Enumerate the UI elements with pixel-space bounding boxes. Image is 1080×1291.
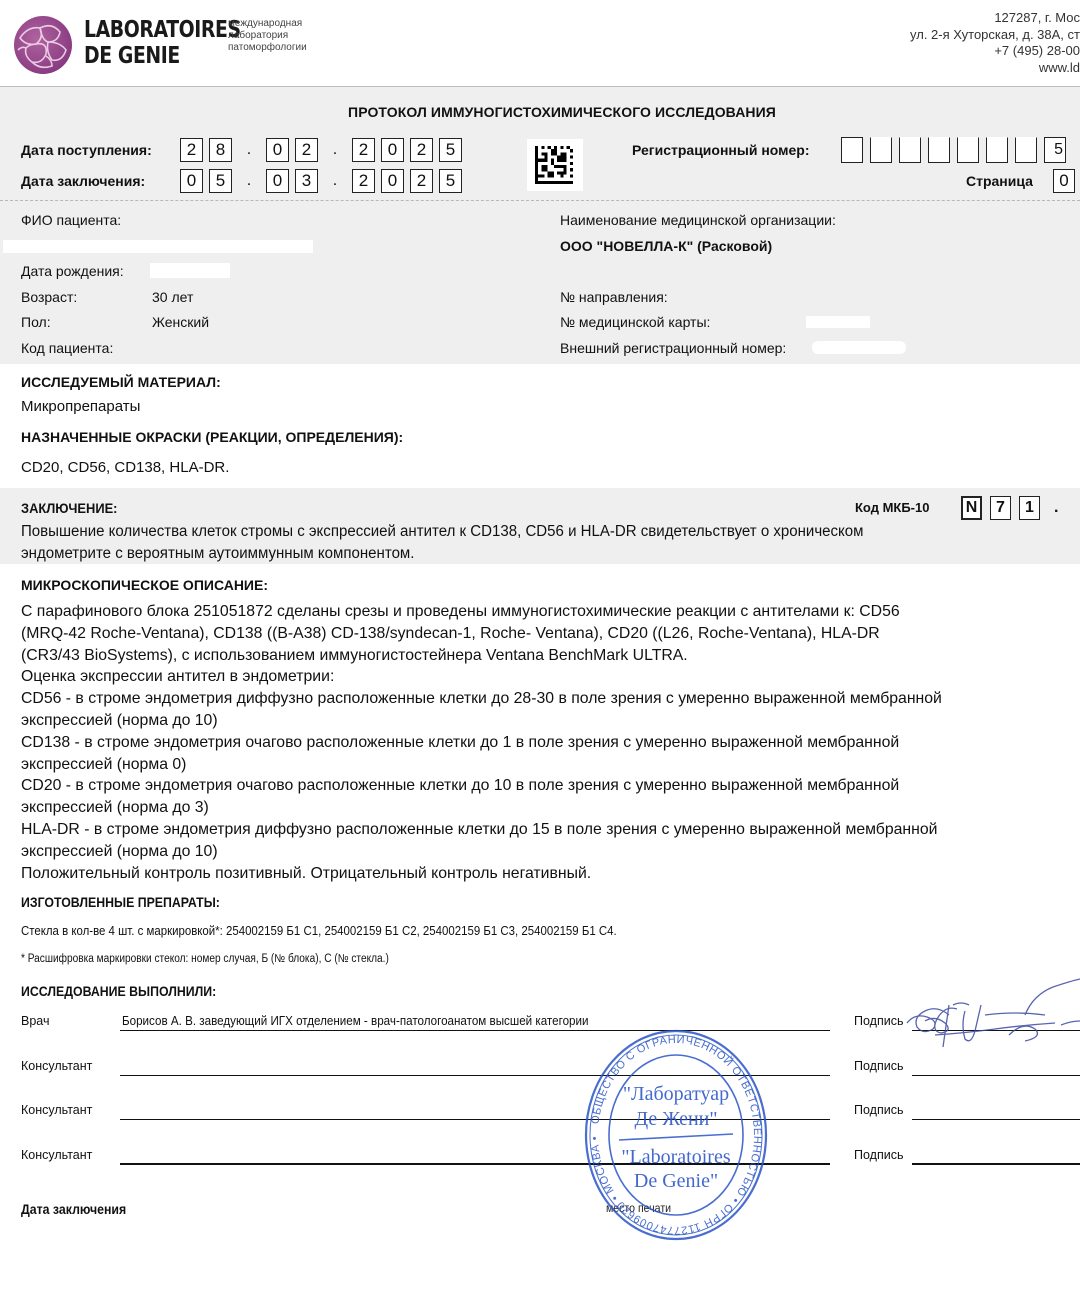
concluded-date-field: 0 5 . 0 3 . 2 0 2 5 bbox=[180, 169, 468, 193]
redacted-ext-reg-number bbox=[812, 341, 906, 354]
reg-number-field: 5 bbox=[841, 137, 1073, 163]
microscopy-line: (CR3/43 BioSystems), с использованием им… bbox=[21, 645, 942, 667]
handwritten-signature-icon bbox=[905, 975, 1080, 1065]
digit-box bbox=[986, 137, 1008, 163]
digit-box bbox=[870, 137, 892, 163]
divider bbox=[0, 200, 1080, 201]
letterhead: LABORATOIRES DE GENIE международная лабо… bbox=[0, 0, 1080, 86]
digit-box: 0 bbox=[381, 169, 404, 193]
microscopy-text: С парафинового блока 251051872 сделаны с… bbox=[21, 601, 942, 884]
microscopy-line: экспрессией (норма до 10) bbox=[21, 710, 942, 732]
sex-label: Пол: bbox=[21, 314, 51, 330]
microscopy-line: CD20 - в строме эндометрия очагово распо… bbox=[21, 775, 942, 797]
age-label: Возраст: bbox=[21, 289, 77, 305]
microscopy-line: Оценка экспрессии антител в эндометрии: bbox=[21, 666, 942, 688]
signature-line bbox=[912, 1163, 1080, 1165]
page-label: Страница bbox=[966, 173, 1033, 189]
datamatrix-code bbox=[527, 139, 583, 191]
digit-box bbox=[928, 137, 950, 163]
microscopy-line: CD138 - в строме эндометрия очагово расп… bbox=[21, 732, 942, 754]
reg-number-label: Регистрационный номер: bbox=[632, 142, 810, 158]
microscopy-line: экспрессией (норма до 10) bbox=[21, 841, 942, 863]
redacted-patient-name bbox=[3, 240, 313, 253]
stains-value: CD20, CD56, CD138, HLA-DR. bbox=[21, 459, 229, 476]
digit-box: 2 bbox=[352, 169, 375, 193]
concluded-date-label: Дата заключения: bbox=[21, 173, 145, 189]
digit-box: 2 bbox=[295, 138, 318, 162]
icd-char-box: 1 bbox=[1019, 496, 1040, 520]
digit-box: 2 bbox=[352, 138, 375, 162]
digit-box: 0 bbox=[266, 169, 289, 193]
stains-heading: НАЗНАЧЕННЫЕ ОКРАСКИ (РЕАКЦИИ, ОПРЕДЕЛЕНИ… bbox=[21, 429, 403, 445]
digit-box: 0 bbox=[180, 169, 203, 193]
digit-box: 0 bbox=[381, 138, 404, 162]
digit-box: 5 bbox=[209, 169, 232, 193]
doctor-role-label: Врач bbox=[21, 1014, 49, 1028]
signature-line bbox=[912, 1119, 1080, 1120]
digit-box: 5 bbox=[439, 138, 462, 162]
digit-box: 5 bbox=[439, 169, 462, 193]
received-date-field: 2 8 . 0 2 . 2 0 2 5 bbox=[180, 138, 468, 162]
slides-footnote: * Расшифровка маркировки стекол: номер с… bbox=[21, 953, 389, 965]
medical-card-label: № медицинской карты: bbox=[560, 314, 710, 330]
doctor-name: Борисов А. В. заведующий ИГХ отделением … bbox=[122, 1014, 589, 1028]
lab-address: 127287, г. Мос ул. 2-я Хуторская, д. 38А… bbox=[910, 10, 1080, 76]
preparations-heading: ИЗГОТОВЛЕННЫЕ ПРЕПАРАТЫ: bbox=[21, 894, 220, 910]
conclusion-heading: ЗАКЛЮЧЕНИЕ: bbox=[21, 500, 117, 516]
digit-box: 3 bbox=[295, 169, 318, 193]
icd-code-field: N 7 1 . bbox=[961, 496, 1058, 520]
microscopy-heading: МИКРОСКОПИЧЕСКОЕ ОПИСАНИЕ: bbox=[21, 577, 268, 593]
svg-text:"Лаборатуар: "Лаборатуар bbox=[623, 1083, 729, 1105]
icd-char-box: N bbox=[961, 496, 982, 520]
referral-number-label: № направления: bbox=[560, 289, 668, 305]
slides-list: Стекла в кол-ве 4 шт. с маркировкой*: 25… bbox=[21, 923, 617, 938]
digit-box: 2 bbox=[410, 169, 433, 193]
patient-name-label: ФИО пациента: bbox=[21, 212, 121, 228]
conclusion-line: эндометрите с вероятным аутоиммунным ком… bbox=[21, 545, 414, 563]
redacted-birth-date bbox=[150, 263, 230, 278]
signature-label: Подпись bbox=[854, 1059, 903, 1073]
digit-box: 8 bbox=[209, 138, 232, 162]
birth-date-label: Дата рождения: bbox=[21, 263, 124, 279]
material-value: Микропрепараты bbox=[21, 398, 140, 415]
icd-char-box: 7 bbox=[990, 496, 1011, 520]
signature-label: Подпись bbox=[854, 1014, 903, 1028]
conclusion-date-label: Дата заключения bbox=[21, 1201, 126, 1217]
digit-box: 0 bbox=[266, 138, 289, 162]
svg-text:"Laboratoires: "Laboratoires bbox=[621, 1146, 730, 1168]
patient-code-label: Код пациента: bbox=[21, 340, 113, 356]
microscopy-line: экспрессией (норма 0) bbox=[21, 754, 942, 776]
page-title: ПРОТОКОЛ ИММУНОГИСТОХИМИЧЕСКОГО ИССЛЕДОВ… bbox=[0, 104, 1080, 120]
svg-text:Де Жени": Де Жени" bbox=[634, 1108, 717, 1130]
consultant-role-label: Консультант bbox=[21, 1103, 92, 1117]
ext-reg-number-label: Внешний регистрационный номер: bbox=[560, 340, 786, 356]
icd-code-label: Код МКБ-10 bbox=[855, 500, 929, 515]
logo-wordmark: LABORATOIRES DE GENIE bbox=[84, 17, 241, 69]
org-name-label: Наименование медицинской организации: bbox=[560, 212, 836, 228]
signature-line bbox=[912, 1075, 1080, 1076]
digit-box: 2 bbox=[180, 138, 203, 162]
logo-subtitle: международная лаборатория патоморфологии bbox=[228, 18, 307, 54]
org-name-value: ООО "НОВЕЛЛА-К" (Расковой) bbox=[560, 238, 772, 254]
sex-value: Женский bbox=[152, 314, 209, 330]
microscopy-line: HLA-DR - в строме эндометрия диффузно ра… bbox=[21, 819, 942, 841]
svg-text:De Genie": De Genie" bbox=[634, 1170, 718, 1192]
page-number: 0 bbox=[1053, 169, 1075, 193]
digit-box: 2 bbox=[410, 138, 433, 162]
organization-stamp-icon: ОБЩЕСТВО С ОГРАНИЧЕННОЙ ОТВЕТСТВЕННОСТЬЮ… bbox=[583, 1025, 769, 1245]
microscopy-line: (MRQ-42 Roche-Ventana), CD138 ((B-A38) C… bbox=[21, 623, 942, 645]
redacted-card-number bbox=[806, 316, 870, 328]
consultant-role-label: Консультант bbox=[21, 1148, 92, 1162]
conclusion-line: Повышение количества клеток стромы с экс… bbox=[21, 523, 863, 541]
age-value: 30 лет bbox=[152, 289, 193, 305]
signature-label: Подпись bbox=[854, 1103, 903, 1117]
digit-box bbox=[899, 137, 921, 163]
consultant-role-label: Консультант bbox=[21, 1059, 92, 1073]
microscopy-line: CD56 - в строме эндометрия диффузно расп… bbox=[21, 688, 942, 710]
microscopy-line: экспрессией (норма до 3) bbox=[21, 797, 942, 819]
digit-box bbox=[841, 137, 863, 163]
material-heading: ИССЛЕДУЕМЫЙ МАТЕРИАЛ: bbox=[21, 374, 221, 390]
logo-cells-icon bbox=[14, 16, 72, 74]
microscopy-line: Положительный контроль позитивный. Отриц… bbox=[21, 863, 942, 885]
performers-heading: ИССЛЕДОВАНИЕ ВЫПОЛНИЛИ: bbox=[21, 983, 216, 999]
digit-box: 5 bbox=[1044, 137, 1066, 163]
digit-box bbox=[1015, 137, 1037, 163]
microscopy-line: С парафинового блока 251051872 сделаны с… bbox=[21, 601, 942, 623]
received-date-label: Дата поступления: bbox=[21, 142, 152, 158]
digit-box bbox=[957, 137, 979, 163]
signature-label: Подпись bbox=[854, 1148, 903, 1162]
